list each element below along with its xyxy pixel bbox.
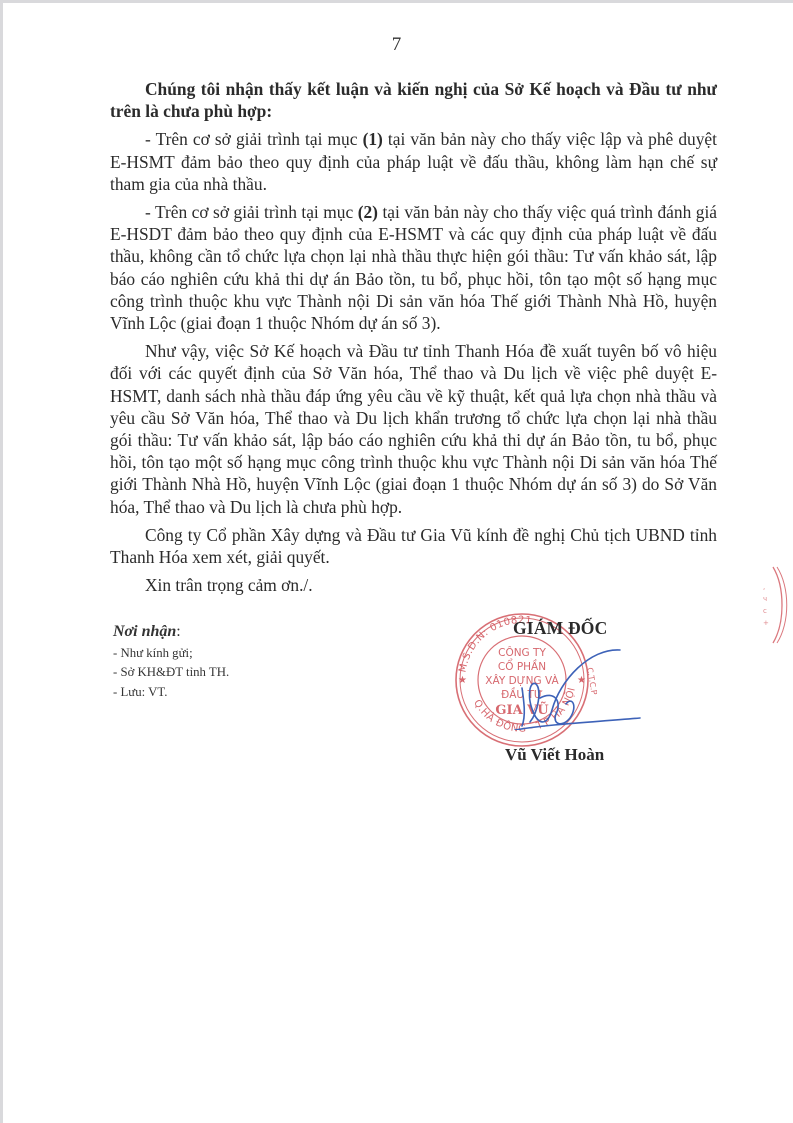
svg-text:+: + [763, 619, 769, 627]
paragraph-request: Công ty Cổ phần Xây dựng và Đầu tư Gia V… [110, 524, 717, 568]
recipient-item: - Sở KH&ĐT tỉnh TH. [113, 663, 229, 683]
page-number: 7 [0, 34, 793, 56]
page-frame-top [0, 0, 793, 3]
handwritten-signature [500, 640, 650, 730]
recipient-item: - Lưu: VT. [113, 683, 229, 703]
edge-seal-mark: , ч с + [745, 565, 793, 645]
paragraph-summary: Như vậy, việc Sở Kế hoạch và Đầu tư tỉnh… [110, 340, 717, 518]
svg-text:ч: ч [763, 595, 767, 603]
paragraph-point-1: - Trên cơ sở giải trình tại mục (1) tại … [110, 128, 717, 195]
signer-title: GIÁM ĐỐC [513, 618, 607, 639]
svg-text:с: с [763, 607, 767, 615]
svg-text:★: ★ [458, 675, 467, 686]
svg-text:,: , [763, 583, 765, 591]
paragraph-point-2: - Trên cơ sở giải trình tại mục (2) tại … [110, 201, 717, 334]
document-body: Chúng tôi nhận thấy kết luận và kiến ngh… [110, 78, 717, 602]
paragraph-conclusion: Chúng tôi nhận thấy kết luận và kiến ngh… [110, 78, 717, 122]
recipient-item: - Như kính gửi; [113, 644, 229, 664]
recipients-title: Nơi nhận: [113, 622, 229, 642]
page-frame-left [0, 0, 3, 1123]
signer-name: Vũ Viết Hoàn [505, 745, 604, 765]
recipients-block: Nơi nhận: - Như kính gửi; - Sở KH&ĐT tỉn… [113, 622, 229, 702]
paragraph-thanks: Xin trân trọng cảm ơn./. [110, 574, 717, 596]
